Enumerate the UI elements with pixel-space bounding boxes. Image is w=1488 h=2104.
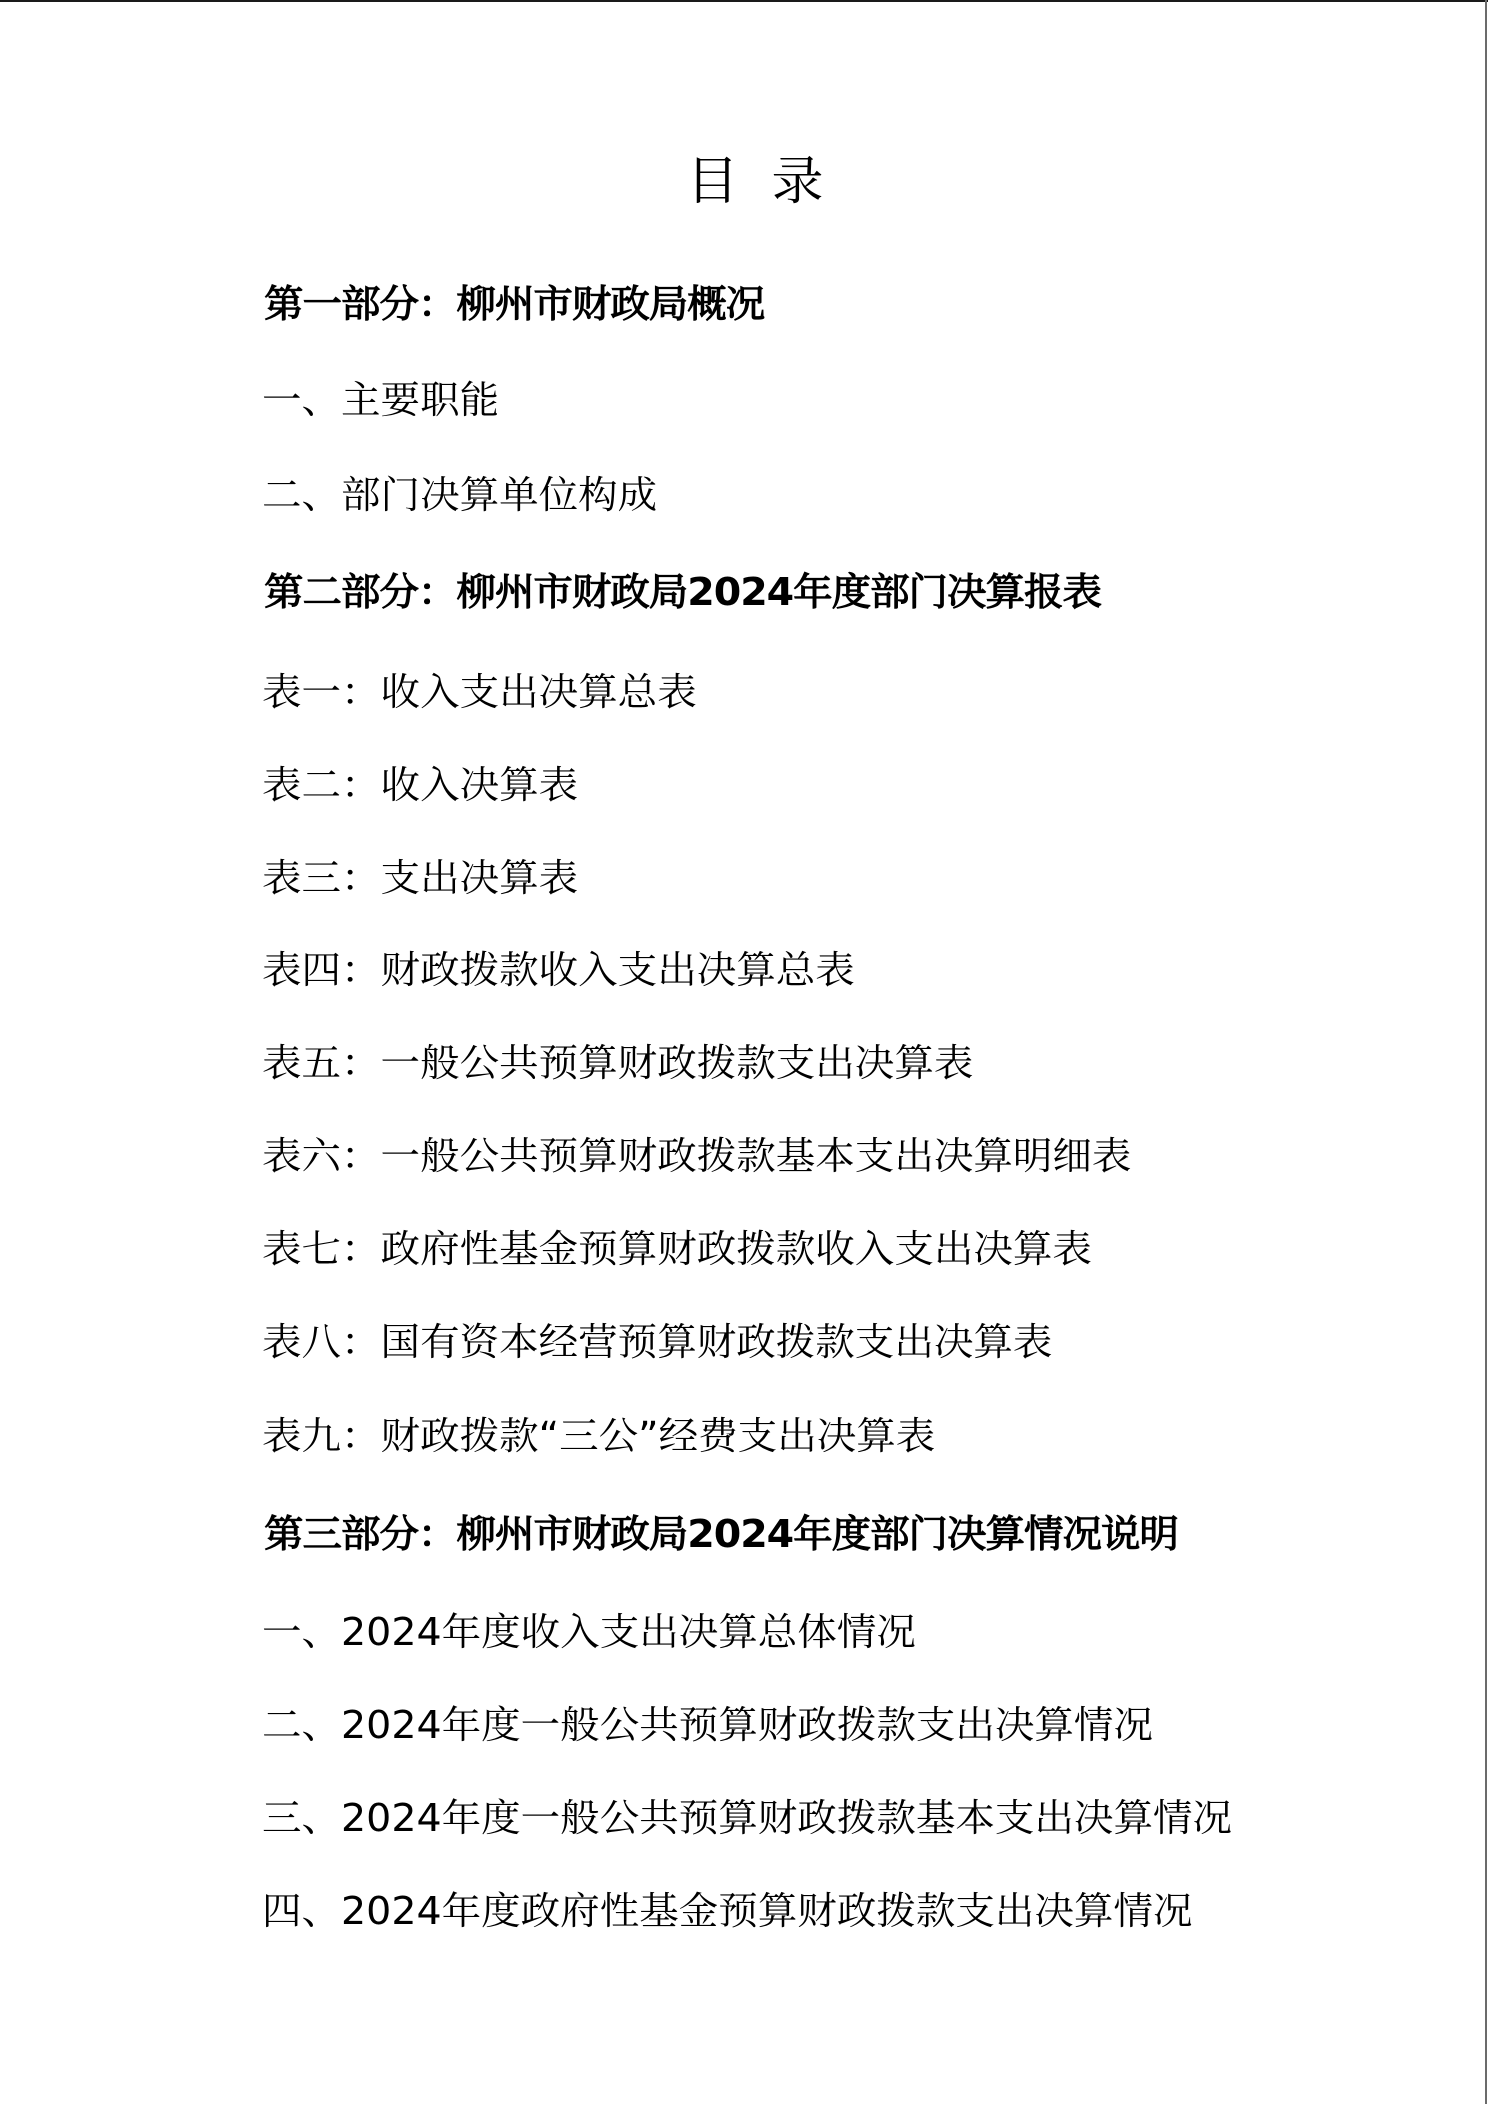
toc-item[interactable]: 二、2024年度一般公共预算财政拨款支出决算情况 xyxy=(262,1701,1153,1749)
toc-item[interactable]: 一、主要职能 xyxy=(262,376,499,424)
toc-item[interactable]: 表四：财政拨款收入支出决算总表 xyxy=(262,946,855,994)
toc-item[interactable]: 表九：财政拨款“三公”经费支出决算表 xyxy=(262,1412,935,1460)
toc-item[interactable]: 三、2024年度一般公共预算财政拨款基本支出决算情况 xyxy=(262,1794,1232,1842)
toc-item[interactable]: 表五：一般公共预算财政拨款支出决算表 xyxy=(262,1039,973,1087)
toc-item[interactable]: 表六：一般公共预算财政拨款基本支出决算明细表 xyxy=(262,1132,1131,1180)
toc-heading-part-3[interactable]: 第三部分：柳州市财政局2024年度部门决算情况说明 xyxy=(264,1510,1178,1558)
toc-item[interactable]: 表一：收入支出决算总表 xyxy=(262,668,697,716)
toc-heading-part-1[interactable]: 第一部分：柳州市财政局概况 xyxy=(264,280,764,328)
toc-item[interactable]: 四、2024年度政府性基金预算财政拨款支出决算情况 xyxy=(262,1887,1193,1935)
toc-item[interactable]: 一、2024年度收入支出决算总体情况 xyxy=(262,1608,916,1656)
table-of-contents: 第一部分：柳州市财政局概况 一、主要职能 二、部门决算单位构成 第二部分：柳州市… xyxy=(0,0,1488,2104)
toc-item[interactable]: 表三：支出决算表 xyxy=(262,854,578,902)
toc-item[interactable]: 表二：收入决算表 xyxy=(262,761,578,809)
toc-item[interactable]: 表八：国有资本经营预算财政拨款支出决算表 xyxy=(262,1318,1052,1366)
toc-item[interactable]: 二、部门决算单位构成 xyxy=(262,471,657,519)
toc-item[interactable]: 表七：政府性基金预算财政拨款收入支出决算表 xyxy=(262,1225,1092,1273)
toc-heading-part-2[interactable]: 第二部分：柳州市财政局2024年度部门决算报表 xyxy=(264,568,1101,616)
